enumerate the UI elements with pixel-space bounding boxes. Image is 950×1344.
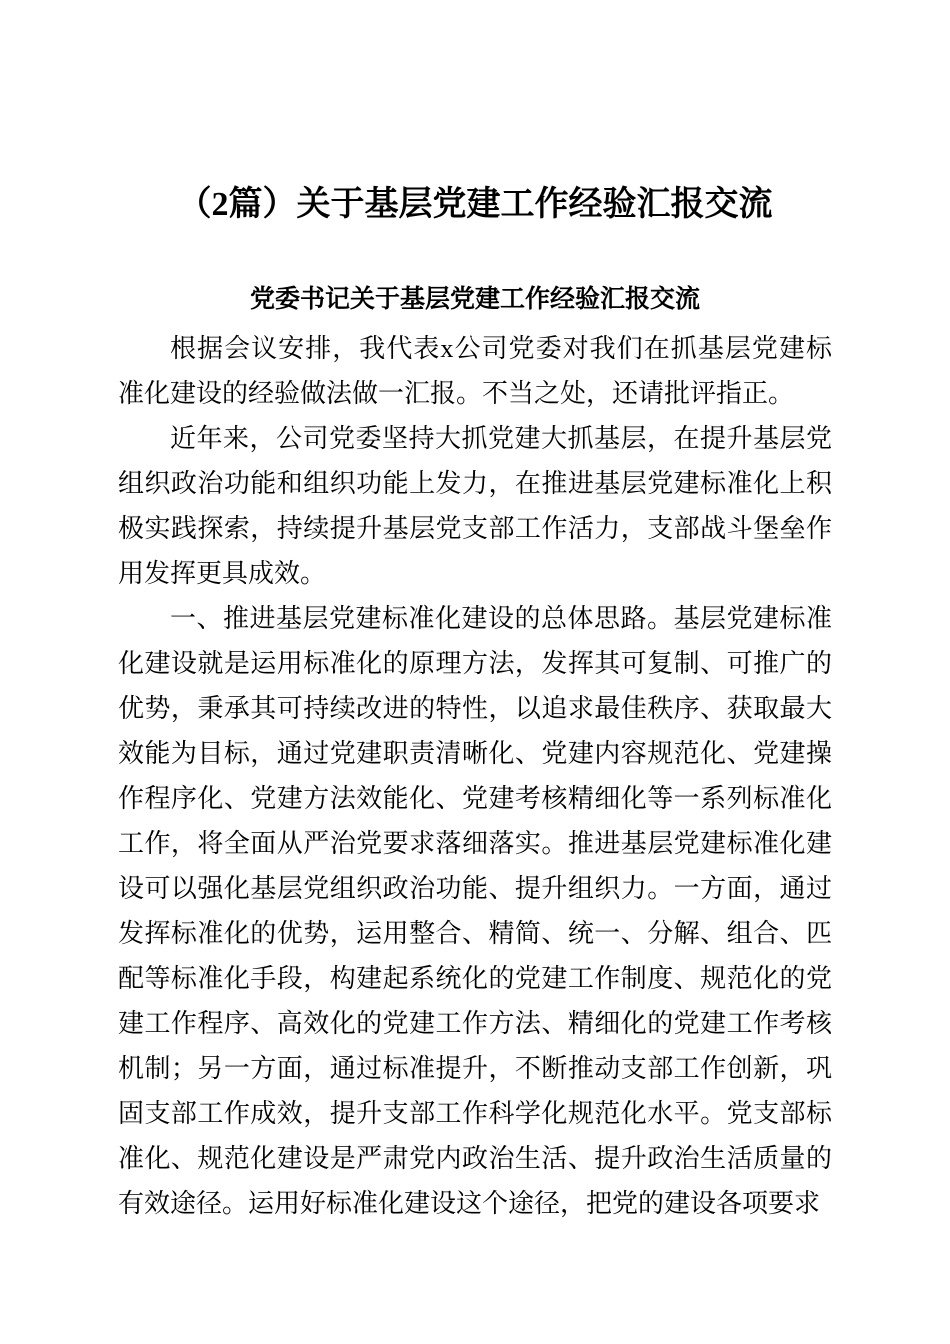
paragraph-section-one: 一、推进基层党建标准化建设的总体思路。基层党建标准化建设就是运用标准化的原理方法… (118, 596, 832, 1226)
paragraph-overview: 近年来，公司党委坚持大抓党建大抓基层，在提升基层党组织政治功能和组织功能上发力，… (118, 416, 832, 596)
paragraph-intro: 根据会议安排，我代表x公司党委对我们在抓基层党建标准化建设的经验做法做一汇报。不… (118, 326, 832, 416)
document-page: （2篇）关于基层党建工作经验汇报交流 党委书记关于基层党建工作经验汇报交流 根据… (0, 0, 950, 1344)
article-heading: 党委书记关于基层党建工作经验汇报交流 (118, 284, 832, 314)
document-title: （2篇）关于基层党建工作经验汇报交流 (118, 185, 832, 224)
document-body: 根据会议安排，我代表x公司党委对我们在抓基层党建标准化建设的经验做法做一汇报。不… (118, 326, 832, 1226)
